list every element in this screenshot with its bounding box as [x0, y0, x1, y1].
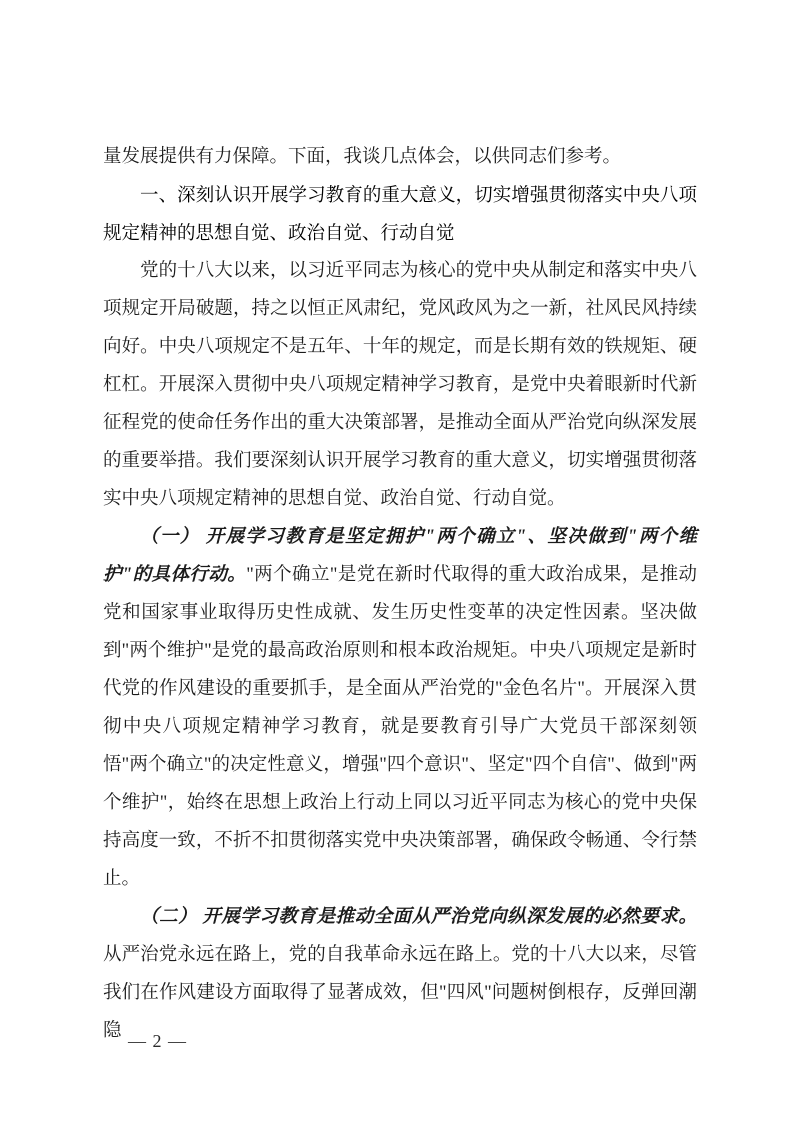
paragraph-2-text: "两个确立"是党在新时代取得的重大政治成果，是推动党和国家事业取得历史性成就、发… — [103, 565, 697, 889]
paragraph-continuation: 量发展提供有力保障。下面，我谈几点体会，以供同志们参考。 — [103, 138, 697, 176]
document-content: 量发展提供有力保障。下面，我谈几点体会，以供同志们参考。 一、深刻认识开展学习教… — [103, 138, 697, 1050]
document-page: 量发展提供有力保障。下面，我谈几点体会，以供同志们参考。 一、深刻认识开展学习教… — [0, 0, 793, 1122]
paragraph-3: （二） 开展学习教育是推动全面从严治党向纵深发展的必然要求。从严治党永远在路上，… — [103, 898, 697, 1050]
subheading-lead-2: （二） 开展学习教育是推动全面从严治党向纵深发展的必然要求。 — [140, 907, 697, 927]
page-number: — 2 — — [128, 1028, 187, 1054]
paragraph-2: （一） 开展学习教育是坚定拥护"两个确立"、坚决做到"两个维护"的具体行动。"两… — [103, 518, 697, 898]
paragraph-3-text: 从严治党永远在路上，党的自我革命永远在路上。党的十八大以来，尽管我们在作风建设方… — [103, 945, 697, 1041]
section-heading: 一、深刻认识开展学习教育的重大意义，切实增强贯彻落实中央八项规定精神的思想自觉、… — [103, 176, 697, 252]
paragraph-1: 党的十八大以来，以习近平同志为核心的党中央从制定和落实中央八项规定开局破题，持之… — [103, 252, 697, 518]
